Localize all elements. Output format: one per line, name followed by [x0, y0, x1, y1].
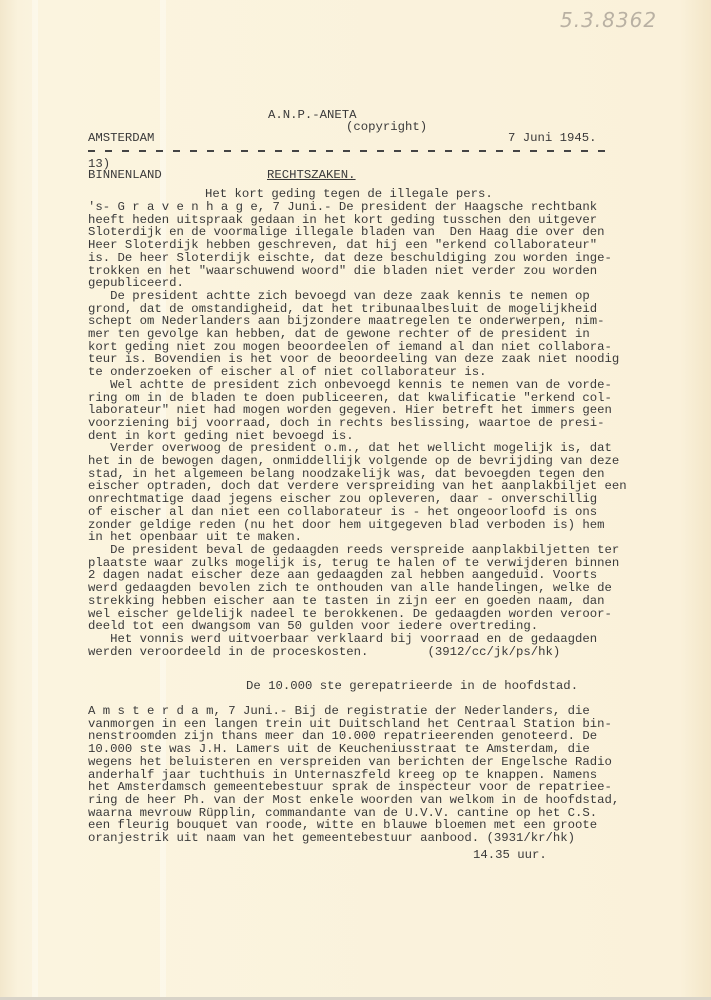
text-line: ring de heer Ph. van der Most enkele woo…	[88, 794, 648, 807]
section-label: BINNENLAND	[88, 168, 162, 182]
text-line: onrechtmatige daad jegens eischer zou op…	[88, 493, 648, 506]
article-body: A m s t e r d a m, 7 Juni.- Bij de regis…	[88, 705, 648, 845]
text-line: werden veroordeeld in de proceskosten. (…	[88, 646, 648, 659]
text-line: De president beval de gedaagden reeds ve…	[88, 544, 648, 557]
article-headline: Het kort geding tegen de illegale pers.	[205, 187, 493, 201]
copyright-note: (copyright)	[346, 120, 427, 134]
text-line: De president achtte zich bevoegd van dez…	[88, 290, 648, 303]
article-headline: De 10.000 ste gerepatrieerde in de hoofd…	[246, 679, 578, 693]
text-line: voorziening bij voorraad, doch in rechts…	[88, 417, 648, 430]
text-line: oranjestrik uit naam van het gemeentebes…	[88, 832, 648, 845]
transmission-time: 14.35 uur.	[473, 848, 547, 862]
dateline-city: AMSTERDAM	[88, 131, 154, 145]
text-line: strekking hebben eischer aan te tasten i…	[88, 595, 648, 608]
text-line: deeld tot een dwangsom van 50 gulden voo…	[88, 620, 648, 633]
text-line: werd gedaagden bevolen zich te onthouden…	[88, 582, 648, 595]
article-body: 's- G r a v e n h a g e, 7 Juni.- De pre…	[88, 201, 648, 658]
paper-fold	[32, 0, 38, 1000]
text-line: Heer Sloterdijk hebben geschreven, dat h…	[88, 239, 648, 252]
text-line: is. De heer Sloterdijk eischte, dat deze…	[88, 252, 648, 265]
text-line: wegens het beluisteren en verspreiden va…	[88, 756, 648, 769]
text-line: A m s t e r d a m, 7 Juni.- Bij de regis…	[88, 705, 648, 718]
text-line: het in de bewogen dagen, onmiddellijk vo…	[88, 455, 648, 468]
text-line: 10.000 ste was J.H. Lamers uit de Keuche…	[88, 743, 648, 756]
dateline-date: 7 Juni 1945.	[508, 131, 597, 145]
text-line: of eischer al dan niet een collaborateur…	[88, 506, 648, 519]
section-title: RECHTSZAKEN.	[267, 168, 356, 182]
dashed-divider	[88, 150, 608, 152]
agency-name: A.N.P.-ANETA	[268, 108, 357, 122]
archive-number: 5.3.8362	[560, 8, 657, 32]
text-line: Het vonnis werd uitvoerbaar verklaard bi…	[88, 633, 648, 646]
text-line: Wel achtte de president zich onbevoegd k…	[88, 379, 648, 392]
text-line: te onderzoeken of eischer al of niet col…	[88, 366, 648, 379]
text-line: 's- G r a v e n h a g e, 7 Juni.- De pre…	[88, 201, 648, 214]
text-line: mer ten gevolge kan hebben, dat de gewon…	[88, 328, 648, 341]
